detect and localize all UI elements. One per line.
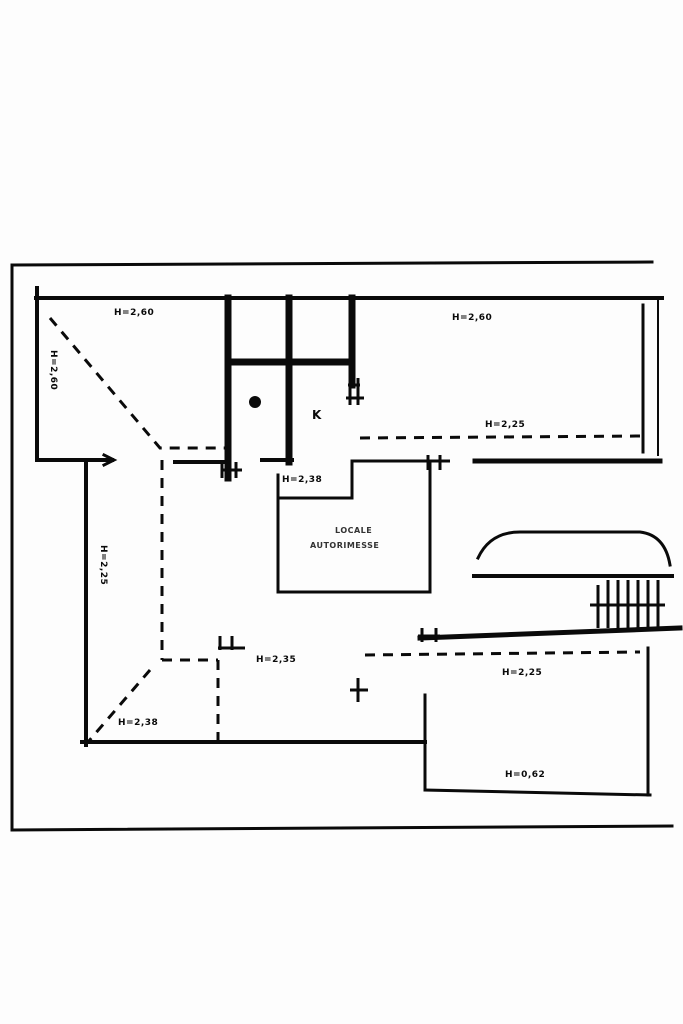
right-dashed-line (360, 436, 640, 438)
label-center-room-line2: AUTORIMESSE (310, 541, 379, 550)
diagonal-dashed-top (50, 318, 225, 448)
wc-fixture (249, 396, 261, 408)
horizontal-dashed-right (365, 652, 640, 655)
column-symbol (425, 455, 450, 470)
diagonal-dashed-bottom (88, 670, 150, 742)
curved-element (478, 532, 670, 565)
door-symbol (350, 678, 368, 702)
label-bottom-right-upper-height: H=2,25 (502, 668, 542, 678)
stair-treads (590, 580, 665, 628)
lower-right-room-bottom (425, 790, 650, 795)
label-left-wall-vertical: H=2,60 (48, 350, 58, 390)
label-center-small-height: H=2,38 (282, 475, 322, 485)
kitchen-symbol: K (312, 408, 322, 422)
label-top-left-height: H=2,60 (114, 308, 154, 318)
label-right-dashed-height: H=2,25 (485, 420, 525, 430)
label-left-lower-vertical: H=2,25 (98, 545, 108, 585)
label-top-right-height: H=2,60 (452, 313, 492, 323)
label-middle-height: H=2,35 (256, 655, 296, 665)
label-center-room-line1: LOCALE (335, 526, 372, 535)
label-bottom-left-height: H=2,38 (118, 718, 158, 728)
column-symbol (218, 636, 245, 650)
label-bottom-right-lower-height: H=0,62 (505, 770, 545, 780)
floor-plan-drawing (0, 0, 683, 1024)
stair-bottom-line (420, 628, 680, 638)
